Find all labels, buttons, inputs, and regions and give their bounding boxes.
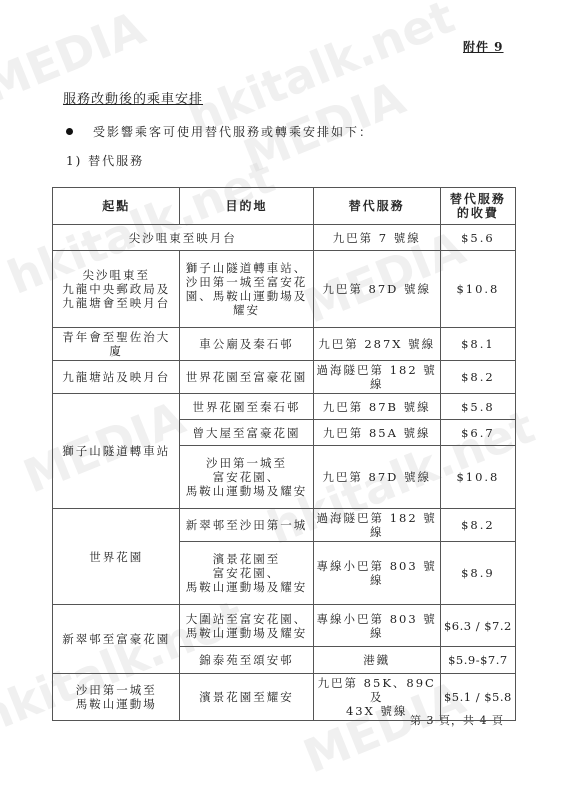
cell-service: 九巴第 7 號線 — [313, 225, 440, 251]
cell-origin: 青年會至聖佐治大廈 — [53, 328, 180, 361]
cell-fare: $8.2 — [440, 361, 515, 394]
cell-fare: $5.9-$7.7 — [440, 647, 515, 674]
cell-service: 九巴第 87B 號線 — [313, 394, 440, 420]
cell-destination: 新翠邨至沙田第一城 — [180, 509, 313, 542]
cell-fare: $5.8 — [440, 394, 515, 420]
fare-table: 起點 目的地 替代服務 替代服務 的收費 尖沙咀東至映月台 九巴第 7 號線 $… — [52, 187, 516, 721]
intro-text: 受影響乘客可使用替代服務或轉乘安排如下： — [93, 123, 373, 140]
cell-destination: 濱景花園至 富安花園、 馬鞍山運動場及耀安 — [180, 542, 313, 605]
annex-label: 附件 9 — [463, 38, 504, 55]
text-line: 馬鞍山運動場 — [56, 697, 176, 711]
header-fare-line: 的收費 — [444, 206, 512, 220]
document-title: 服務改動後的乘車安排 — [63, 88, 203, 107]
cell-fare: $8.9 — [440, 542, 515, 605]
cell-service: 九巴第 85K、89C 及 43X 號線 — [313, 674, 440, 721]
table-row: 沙田第一城至 馬鞍山運動場 濱景花園至耀安 九巴第 85K、89C 及 43X … — [53, 674, 516, 721]
table-row: 九龍塘站及映月台 世界花園至富豪花園 過海隧巴第 182 號線 $8.2 — [53, 361, 516, 394]
table-row: 世界花園 新翠邨至沙田第一城 過海隧巴第 182 號線 $8.2 — [53, 509, 516, 542]
cell-service: 港鐵 — [313, 647, 440, 674]
cell-origin: 世界花園 — [53, 509, 180, 605]
table-row: 尖沙咀東至 九龍中央郵政局及 九龍塘會至映月台 獅子山隧道轉車站、 沙田第一城至… — [53, 251, 516, 328]
cell-origin: 九龍塘站及映月台 — [53, 361, 180, 394]
cell-fare: $10.8 — [440, 446, 515, 509]
cell-destination: 獅子山隧道轉車站、 沙田第一城至富安花 園、馬鞍山運動場及 耀安 — [180, 251, 313, 328]
text-line: 沙田第一城至 — [183, 456, 309, 470]
cell-origin: 獅子山隧道轉車站 — [53, 394, 180, 509]
table-header-row: 起點 目的地 替代服務 替代服務 的收費 — [53, 188, 516, 225]
cell-destination: 濱景花園至耀安 — [180, 674, 313, 721]
text-line: 馬鞍山運動場及耀安 — [183, 484, 309, 498]
table-row: 獅子山隧道轉車站 世界花園至秦石邨 九巴第 87B 號線 $5.8 — [53, 394, 516, 420]
cell-destination: 世界花園至秦石邨 — [180, 394, 313, 420]
header-fare-line: 替代服務 — [444, 192, 512, 206]
table-row: 青年會至聖佐治大廈 車公廟及秦石邨 九巴第 287X 號線 $8.1 — [53, 328, 516, 361]
cell-destination: 大圍站至富安花園、 馬鞍山運動場及耀安 — [180, 605, 313, 647]
text-line: 九龍塘會至映月台 — [56, 296, 176, 310]
text-line: 獅子山隧道轉車站、 — [183, 261, 309, 275]
cell-origin: 沙田第一城至 馬鞍山運動場 — [53, 674, 180, 721]
cell-destination: 錦泰苑至頌安邨 — [180, 647, 313, 674]
header-origin: 起點 — [53, 188, 180, 225]
text-line: 濱景花園至 — [183, 552, 309, 566]
cell-fare: $6.7 — [440, 420, 515, 446]
header-fare: 替代服務 的收費 — [440, 188, 515, 225]
text-line: 43X 號線 — [317, 704, 437, 718]
cell-service: 九巴第 87D 號線 — [313, 446, 440, 509]
text-line: 尖沙咀東至 — [56, 268, 176, 282]
cell-service: 九巴第 287X 號線 — [313, 328, 440, 361]
text-line: 九龍中央郵政局及 — [56, 282, 176, 296]
cell-origin: 新翠邨至富豪花園 — [53, 605, 180, 674]
text-line: 沙田第一城至 — [56, 683, 176, 697]
cell-service: 過海隧巴第 182 號線 — [313, 509, 440, 542]
bullet-icon — [66, 128, 73, 135]
header-destination: 目的地 — [180, 188, 313, 225]
cell-destination: 車公廟及秦石邨 — [180, 328, 313, 361]
header-service: 替代服務 — [313, 188, 440, 225]
text-line: 九巴第 85K、89C 及 — [317, 676, 437, 704]
text-line: 耀安 — [183, 303, 309, 317]
cell-fare: $5.6 — [440, 225, 515, 251]
table-row: 尖沙咀東至映月台 九巴第 7 號線 $5.6 — [53, 225, 516, 251]
intro-bullet: 受影響乘客可使用替代服務或轉乘安排如下： — [66, 123, 373, 140]
text-line: 沙田第一城至富安花 — [183, 275, 309, 289]
cell-fare: $8.1 — [440, 328, 515, 361]
text-line: 馬鞍山運動場及耀安 — [183, 626, 309, 640]
cell-fare: $5.1 / $5.8 — [440, 674, 515, 721]
cell-destination: 沙田第一城至 富安花園、 馬鞍山運動場及耀安 — [180, 446, 313, 509]
cell-service: 九巴第 85A 號線 — [313, 420, 440, 446]
text-line: 園、馬鞍山運動場及 — [183, 289, 309, 303]
text-line: 大圍站至富安花園、 — [183, 612, 309, 626]
cell-destination: 世界花園至富豪花園 — [180, 361, 313, 394]
cell-origin: 尖沙咀東至 九龍中央郵政局及 九龍塘會至映月台 — [53, 251, 180, 328]
cell-fare: $6.3 / $7.2 — [440, 605, 515, 647]
text-line: 馬鞍山運動場及耀安 — [183, 580, 309, 594]
cell-service: 專線小巴第 803 號線 — [313, 542, 440, 605]
cell-service: 專線小巴第 803 號線 — [313, 605, 440, 647]
cell-destination: 曾大屋至富豪花園 — [180, 420, 313, 446]
cell-service: 九巴第 87D 號線 — [313, 251, 440, 328]
text-line: 富安花園、 — [183, 470, 309, 484]
cell-fare: $8.2 — [440, 509, 515, 542]
cell-origin: 尖沙咀東至映月台 — [53, 225, 314, 251]
cell-fare: $10.8 — [440, 251, 515, 328]
table-row: 新翠邨至富豪花園 大圍站至富安花園、 馬鞍山運動場及耀安 專線小巴第 803 號… — [53, 605, 516, 647]
section-heading: 1) 替代服務 — [66, 152, 144, 169]
text-line: 富安花園、 — [183, 566, 309, 580]
cell-service: 過海隧巴第 182 號線 — [313, 361, 440, 394]
